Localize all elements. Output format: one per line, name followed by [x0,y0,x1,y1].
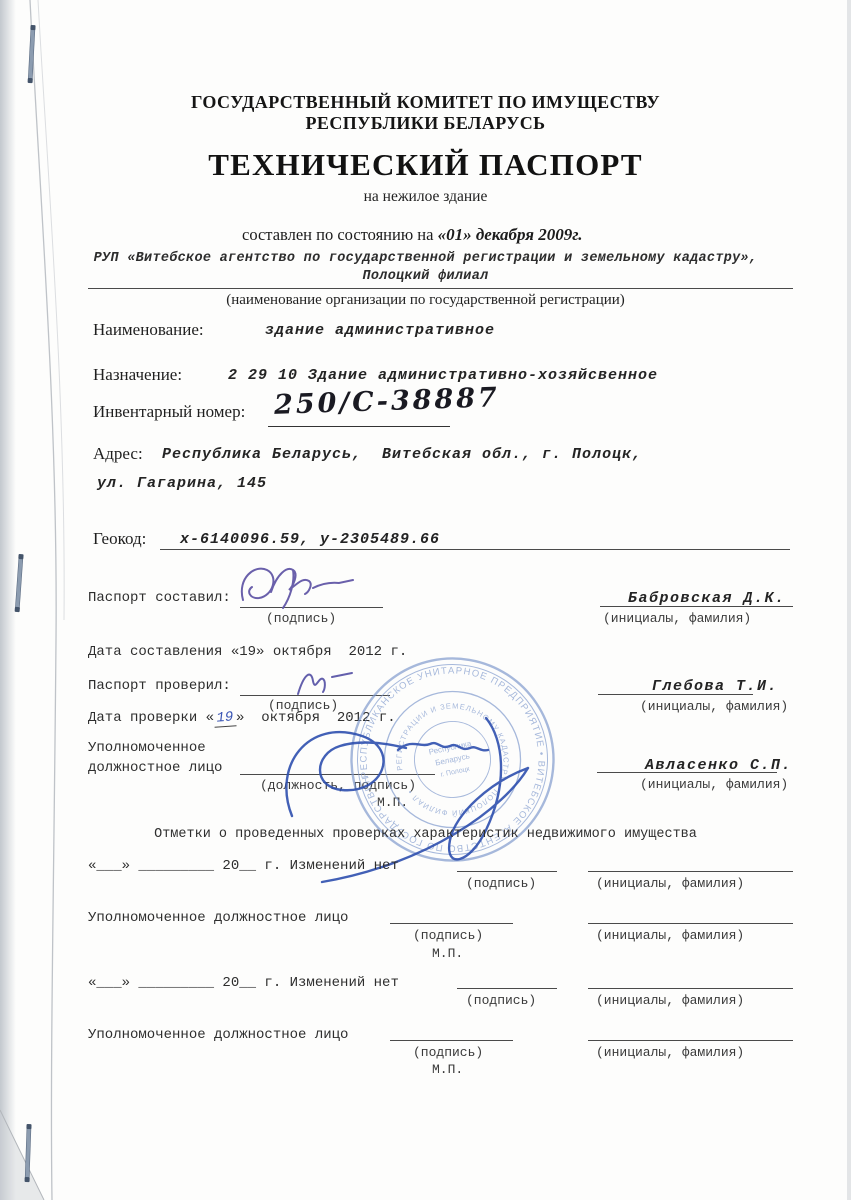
check-row-initials-caption: (инициалы, фамилия) [596,876,744,891]
check-row-official-initials-caption: (инициалы, фамилия) [596,928,744,943]
check-row-initials-caption: (инициалы, фамилия) [596,993,744,1008]
check-date-prefix: Дата проверки « [88,710,214,726]
check-row-date-line: «___» _________ 20__ г. Изменений нет [88,858,399,874]
inventory-underline [268,426,450,427]
check-row-initials-line [588,871,793,872]
checked-by-name-underline [598,694,753,695]
official-name-underline [597,772,777,773]
compile-date-line: Дата составления «19» октября 2012 г. [88,644,407,660]
compiled-date-line: составлен по состоянию на «01» декабря 2… [242,225,583,245]
inventory-label: Инвентарный номер: [93,402,245,422]
org-name-line2: РЕСПУБЛИКИ БЕЛАРУСЬ [0,113,851,134]
check-row-sign-line [457,988,557,989]
name-label: Наименование: [93,320,204,340]
official-label-line1: Уполномоченное [88,740,206,756]
signature-compiler [235,560,360,612]
registrar-line2: Полоцкий филиал [0,269,851,284]
geocode-label: Геокод: [93,529,146,549]
compiled-by-name-underline [600,606,793,607]
check-row-official-sign-line [390,1040,513,1041]
registrar-caption: (наименование организации по государстве… [0,292,851,309]
check-row-sign-line [457,871,557,872]
name-value: здание административное [265,322,495,339]
check-row-stamp-caption: М.П. [432,946,463,961]
compiled-date-value: «01» декабря 2009г. [438,225,583,244]
geocode-underline [160,549,790,550]
address-label: Адрес: [93,444,143,464]
check-row-official-line: Уполномоченное должностное лицо [88,1027,348,1043]
document-title: ТЕХНИЧЕСКИЙ ПАСПОРТ [0,147,851,183]
compiled-by-label: Паспорт составил: [88,590,231,606]
address-value-line1: Республика Беларусь, Витебская обл., г. … [162,446,642,463]
check-row-initials-line [588,988,793,989]
geocode-value: x-6140096.59, y-2305489.66 [180,531,440,548]
staple-middle-icon [15,554,24,612]
check-row-official-sign-caption: (подпись) [413,1045,483,1060]
checked-by-label: Паспорт проверил: [88,678,231,694]
check-row-sign-caption: (подпись) [466,876,536,891]
compiled-date-prefix: составлен по состоянию на [242,225,438,244]
check-date-day-handwritten: 19 [213,709,236,727]
check-row-sign-caption: (подпись) [466,993,536,1008]
registrar-line1: РУП «Витебское агентство по государствен… [0,251,851,266]
official-label-line2: должностное лицо [88,760,222,776]
checked-by-name: Глебова Т.И. [652,678,778,695]
purpose-value: 2 29 10 Здание административно-хозяйсвен… [228,367,658,384]
check-row-stamp-caption: М.П. [432,1062,463,1077]
check-row-official-initials-caption: (инициалы, фамилия) [596,1045,744,1060]
check-row-official-initials-line [588,923,793,924]
org-name-line1: ГОСУДАРСТВЕННЫЙ КОМИТЕТ ПО ИМУЩЕСТВУ [0,92,851,113]
checks-heading: Отметки о проведенных проверках характер… [0,827,851,842]
check-row-official-sign-caption: (подпись) [413,928,483,943]
purpose-label: Назначение: [93,365,182,385]
checked-by-initials-caption: (инициалы, фамилия) [640,699,788,714]
official-initials-caption: (инициалы, фамилия) [640,777,788,792]
check-row-official-line: Уполномоченное должностное лицо [88,910,348,926]
registrar-underline [88,288,793,289]
address-value-line2: ул. Гагарина, 145 [97,475,267,492]
check-row-official-sign-line [390,923,513,924]
compiled-by-signature-caption: (подпись) [266,611,336,626]
check-row-date-line: «___» _________ 20__ г. Изменений нет [88,975,399,991]
compiled-by-initials-caption: (инициалы, фамилия) [603,611,751,626]
document-subtitle: на нежилое здание [0,188,851,206]
compiled-by-name: Бабровская Д.К. [628,590,786,607]
check-row-official-initials-line [588,1040,793,1041]
